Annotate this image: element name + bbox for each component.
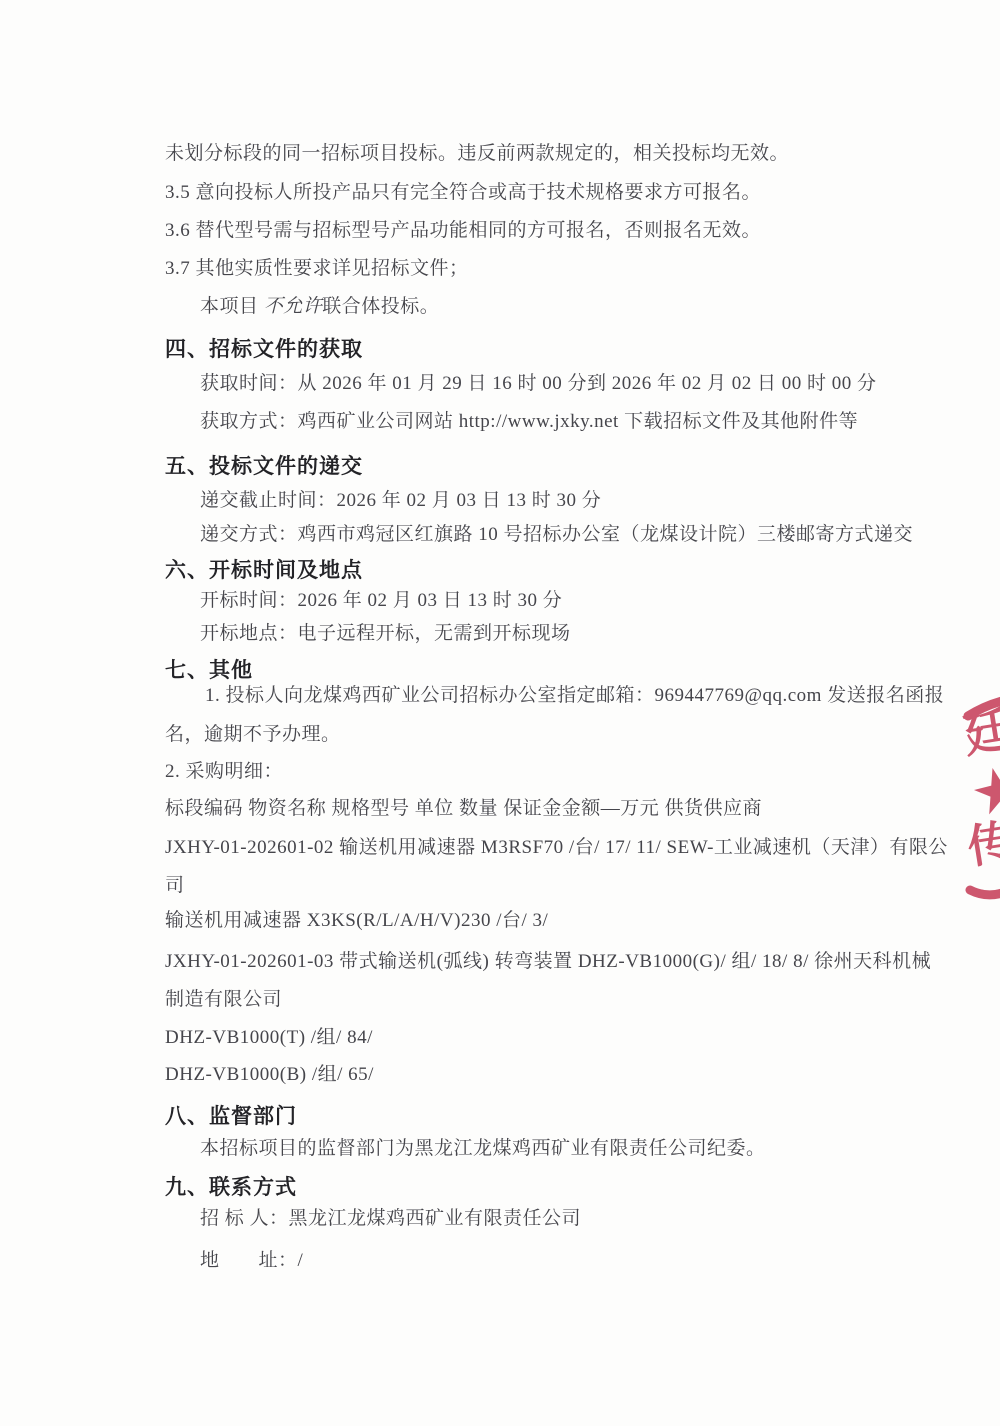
section-heading-7-other: 七、其他 — [165, 654, 253, 684]
procurement-detail-label: 2. 采购明细： — [165, 761, 283, 784]
obtain-method-line: 获取方式：鸡西矿业公司网站 http://www.jxky.net 下载招标文件… — [200, 411, 858, 434]
submission-method-line: 递交方式：鸡西市鸡冠区红旗路 10 号招标办公室（龙煤设计院）三楼邮寄方式递交 — [200, 524, 913, 547]
supervision-body-line: 本招标项目的监督部门为黑龙江龙煤鸡西矿业有限责任公司纪委。 — [200, 1138, 766, 1161]
no-joint-bid-line: 本项目 不允许联合体投标。 — [200, 296, 439, 319]
bidder-name-line: 招 标 人：黑龙江龙煤鸡西矿业有限责任公司 — [200, 1208, 581, 1231]
no-joint-italic: 不允许 — [264, 296, 323, 317]
red-seal-stamp: 廷 ★ 传 — [930, 682, 1000, 917]
procurement-row-1-line-a: JXHY-01-202601-02 输送机用减速器 M3RSF70 /台/ 17… — [165, 837, 948, 860]
section-heading-4-document-obtain: 四、招标文件的获取 — [165, 333, 363, 363]
procurement-row-3-line-a: JXHY-01-202601-03 带式输送机(弧线) 转弯装置 DHZ-VB1… — [165, 951, 931, 974]
procurement-table-header: 标段编码 物资名称 规格型号 单位 数量 保证金金额—万元 供货供应商 — [165, 798, 762, 821]
section-heading-8-supervision: 八、监督部门 — [165, 1100, 297, 1130]
procurement-row-5: DHZ-VB1000(B) /组/ 65/ — [165, 1064, 374, 1087]
no-joint-suffix: 联合体投标。 — [322, 296, 439, 317]
clause-3-6: 3.6 替代型号需与招标型号产品功能相同的方可报名，否则报名无效。 — [165, 220, 761, 243]
section-heading-6-opening-time-place: 六、开标时间及地点 — [165, 554, 363, 584]
intro-paragraph-line: 未划分标段的同一招标项目投标。违反前两款规定的，相关投标均无效。 — [165, 143, 789, 166]
clause-3-7: 3.7 其他实质性要求详见招标文件； — [165, 258, 469, 281]
section-heading-9-contact: 九、联系方式 — [165, 1171, 297, 1201]
obtain-time-line: 获取时间：从 2026 年 01 月 29 日 16 时 00 分到 2026 … — [200, 373, 877, 396]
procurement-row-3-line-b: 制造有限公司 — [165, 989, 282, 1012]
seal-bottom-character: 传 — [965, 819, 1000, 872]
procurement-row-4: DHZ-VB1000(T) /组/ 84/ — [165, 1027, 373, 1050]
address-line: 地 址：/ — [200, 1250, 303, 1273]
scanned-tender-document-page: 未划分标段的同一招标项目投标。违反前两款规定的，相关投标均无效。 3.5 意向投… — [0, 0, 1000, 1426]
procurement-row-1-line-b: 司 — [165, 875, 185, 898]
clause-3-5: 3.5 意向投标人所投产品只有完全符合或高于技术规格要求方可报名。 — [165, 182, 761, 205]
submission-deadline-line: 递交截止时间：2026 年 02 月 03 日 13 时 30 分 — [200, 490, 601, 513]
seal-top-character: 廷 — [961, 707, 1000, 762]
opening-place-line: 开标地点：电子远程开标，无需到开标现场 — [200, 623, 571, 646]
other-note-line-2: 名，逾期不予办理。 — [165, 724, 341, 747]
other-note-line-1: 1. 投标人向龙煤鸡西矿业公司招标办公室指定邮箱：969447769@qq.co… — [205, 685, 944, 708]
opening-time-line: 开标时间：2026 年 02 月 03 日 13 时 30 分 — [200, 590, 562, 613]
procurement-row-2: 输送机用减速器 X3KS(R/L/A/H/V)230 /台/ 3/ — [165, 910, 548, 933]
no-joint-prefix: 本项目 — [200, 296, 264, 317]
section-heading-5-bid-submission: 五、投标文件的递交 — [165, 450, 363, 480]
